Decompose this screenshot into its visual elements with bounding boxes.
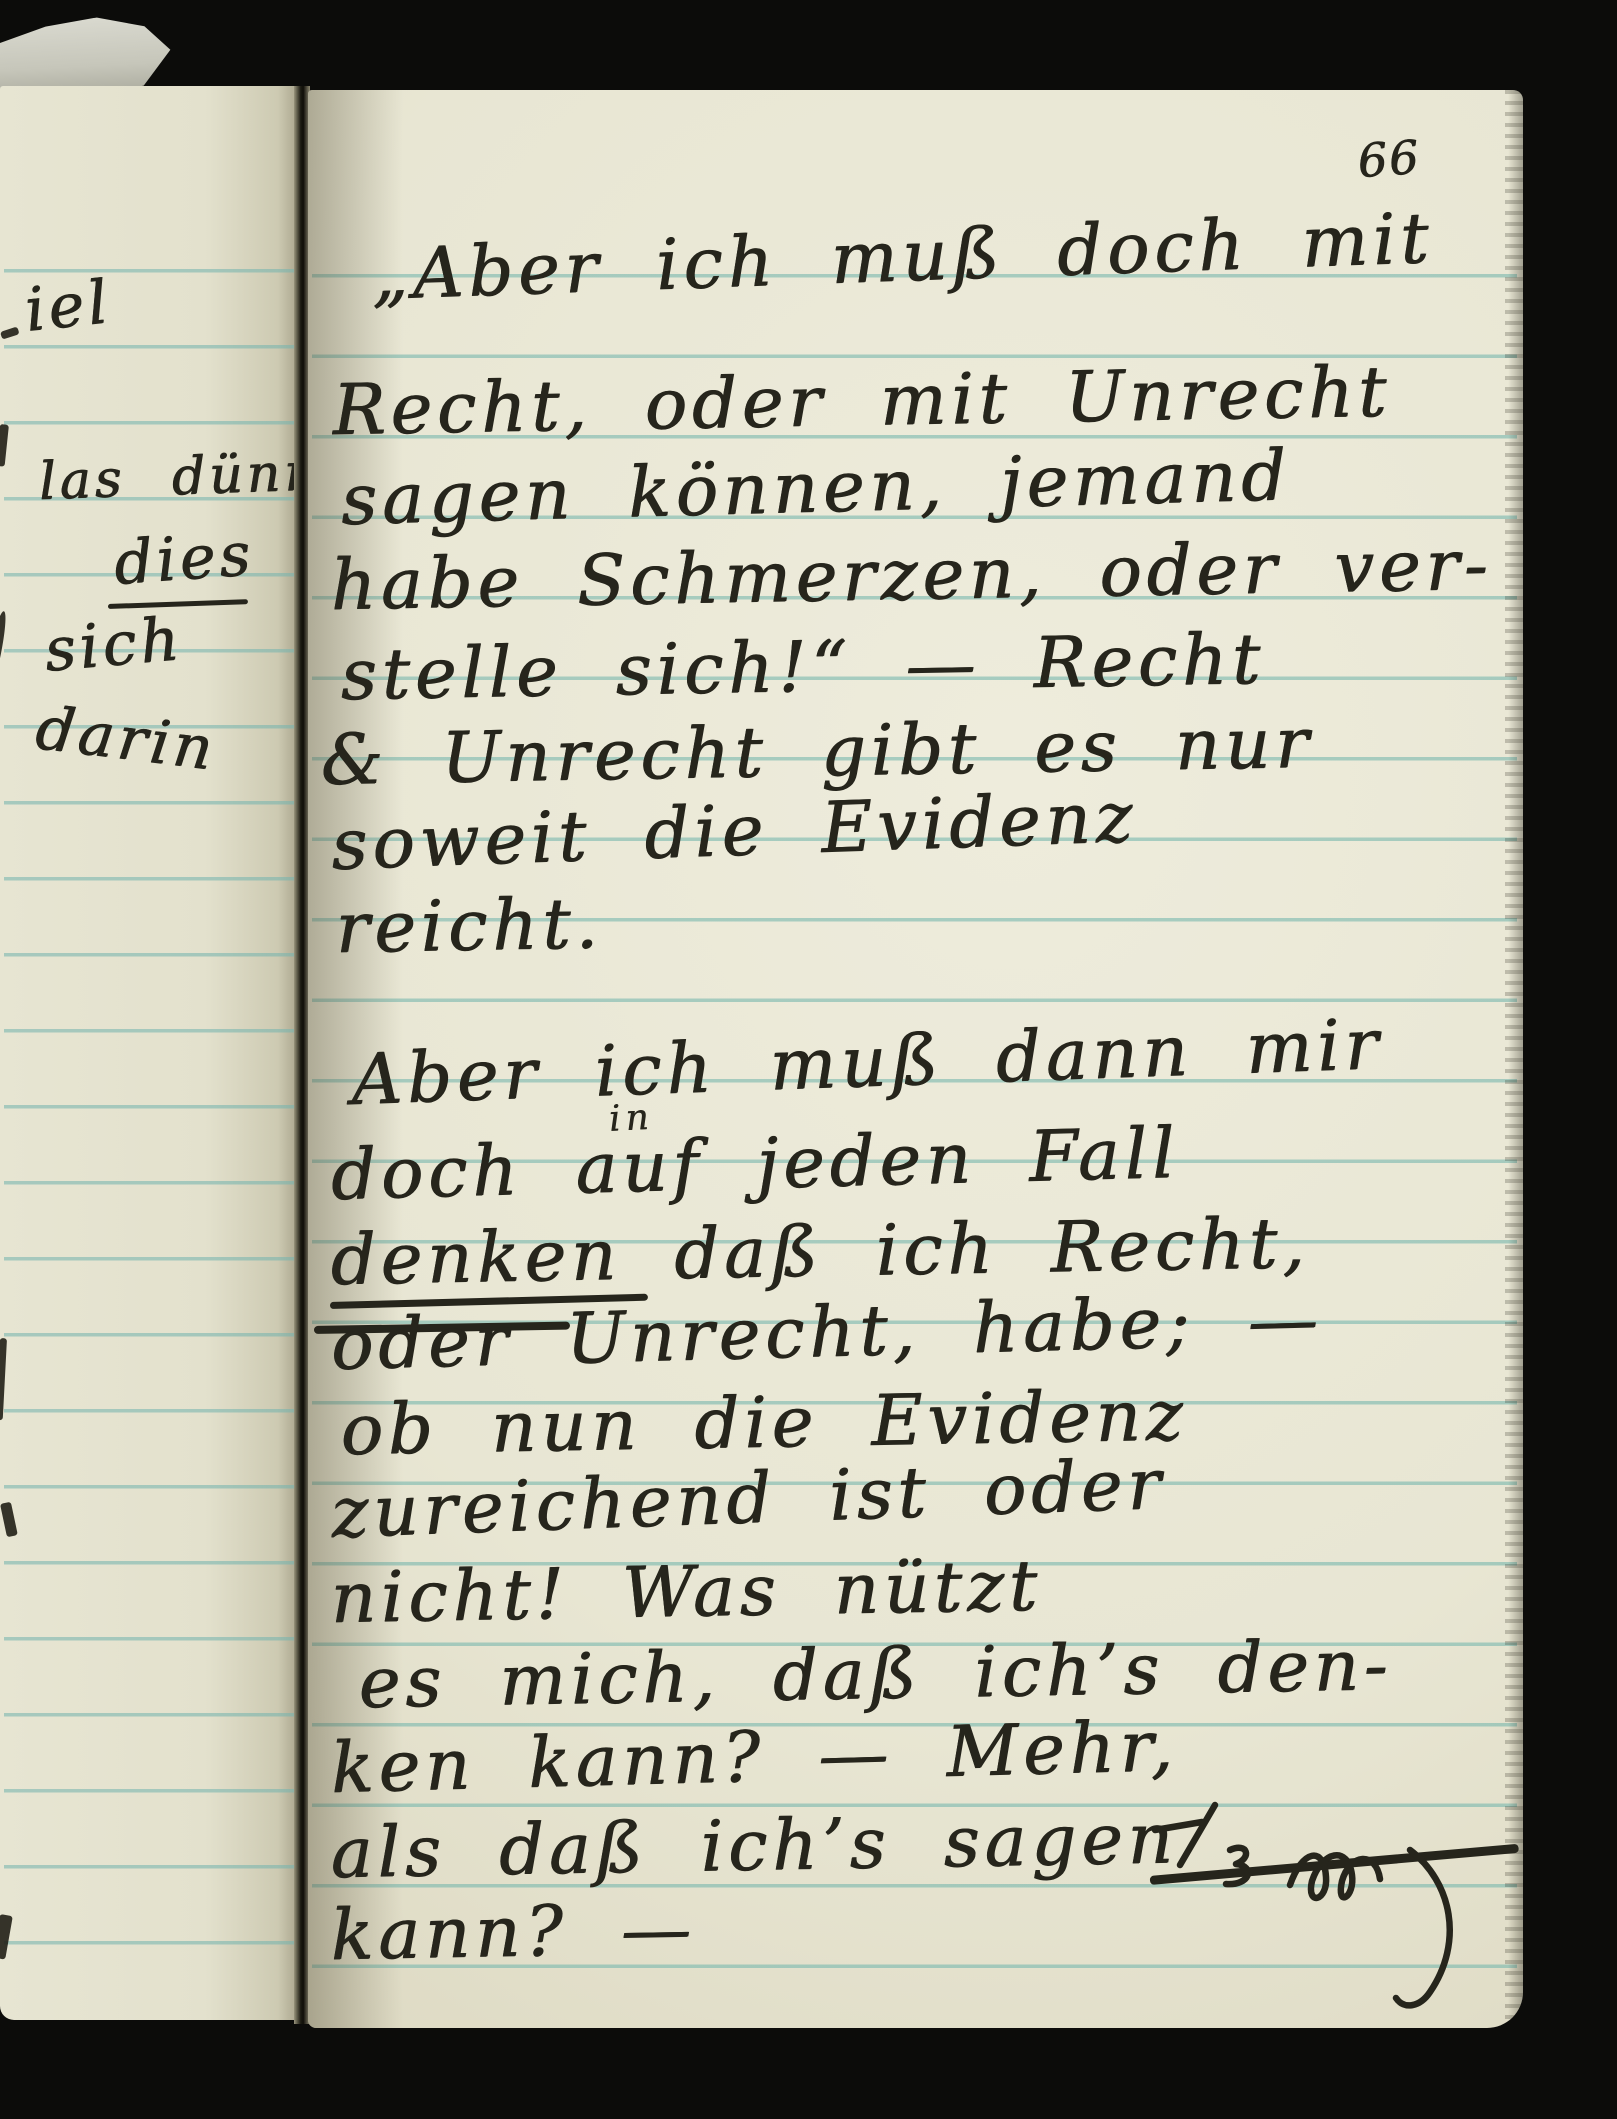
handwritten-line: ken kann? — Mehr,	[330, 1711, 1178, 1803]
handwritten-fragment: sich	[42, 609, 185, 681]
handwritten-line: Recht, oder mit Unrecht	[332, 357, 1392, 445]
ink-flourish	[1080, 1790, 1523, 2028]
handwritten-line: reicht.	[335, 888, 603, 963]
page-edge-texture	[1505, 90, 1523, 2028]
handwritten-line: es mich, daß ich’s den-	[358, 1630, 1393, 1718]
page-number: 66	[1356, 134, 1422, 184]
handwritten-line: kann? —	[330, 1894, 696, 1970]
notebook-scan: iel las dünne dies sich darin 66 „Aber i…	[0, 0, 1617, 2119]
handwritten-line: nicht! Was nützt	[330, 1551, 1042, 1633]
handwritten-line: doch auf jeden Fall	[330, 1118, 1180, 1210]
left-page: iel las dünne dies sich darin	[0, 86, 302, 2020]
handwritten-line: stelle sich!“ — Recht	[340, 624, 1266, 710]
right-page: 66 „Aber ich muß doch mit Recht, oder mi…	[308, 90, 1523, 2028]
handwritten-line: & Unrecht gibt es nur	[320, 708, 1314, 795]
handwritten-fragment: dies	[112, 524, 256, 594]
handwritten-fragment: las dünne	[38, 445, 302, 508]
handwritten-line: habe Schmerzen, oder ver-	[330, 530, 1493, 620]
handwritten-line: als daß ich’s sagen	[330, 1803, 1178, 1888]
handwritten-fragment: iel	[22, 272, 114, 341]
